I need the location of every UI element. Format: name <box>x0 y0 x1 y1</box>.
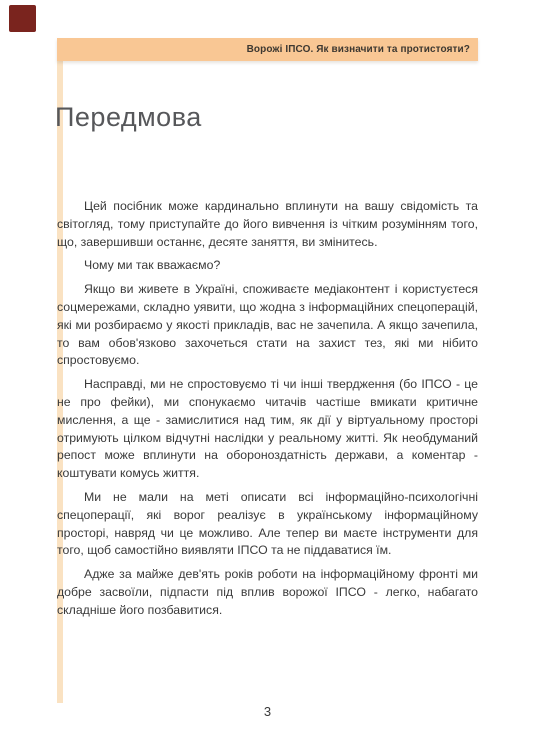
page-number: 3 <box>57 704 478 719</box>
book-page: Ворожі ІПСО. Як визначити та протистояти… <box>0 0 533 754</box>
paragraph: Ми не мали на меті описати всі інформаці… <box>57 489 478 560</box>
running-header-bar: Ворожі ІПСО. Як визначити та протистояти… <box>57 38 478 61</box>
paragraph: Якщо ви живете в Україні, споживаєте мед… <box>57 281 478 370</box>
corner-mark <box>9 5 36 32</box>
paragraph: Чому ми так вважаємо? <box>57 257 478 275</box>
page-title: Передмова <box>55 102 202 133</box>
paragraph: Насправді, ми не спростовуємо ті чи інші… <box>57 376 478 483</box>
running-header-text: Ворожі ІПСО. Як визначити та протистояти… <box>247 44 470 55</box>
paragraph: Адже за майже дев'ять років роботи на ін… <box>57 566 478 619</box>
paragraph: Цей посібник може кардинально вплинути н… <box>57 198 478 251</box>
body-text: Цей посібник може кардинально вплинути н… <box>57 198 478 626</box>
